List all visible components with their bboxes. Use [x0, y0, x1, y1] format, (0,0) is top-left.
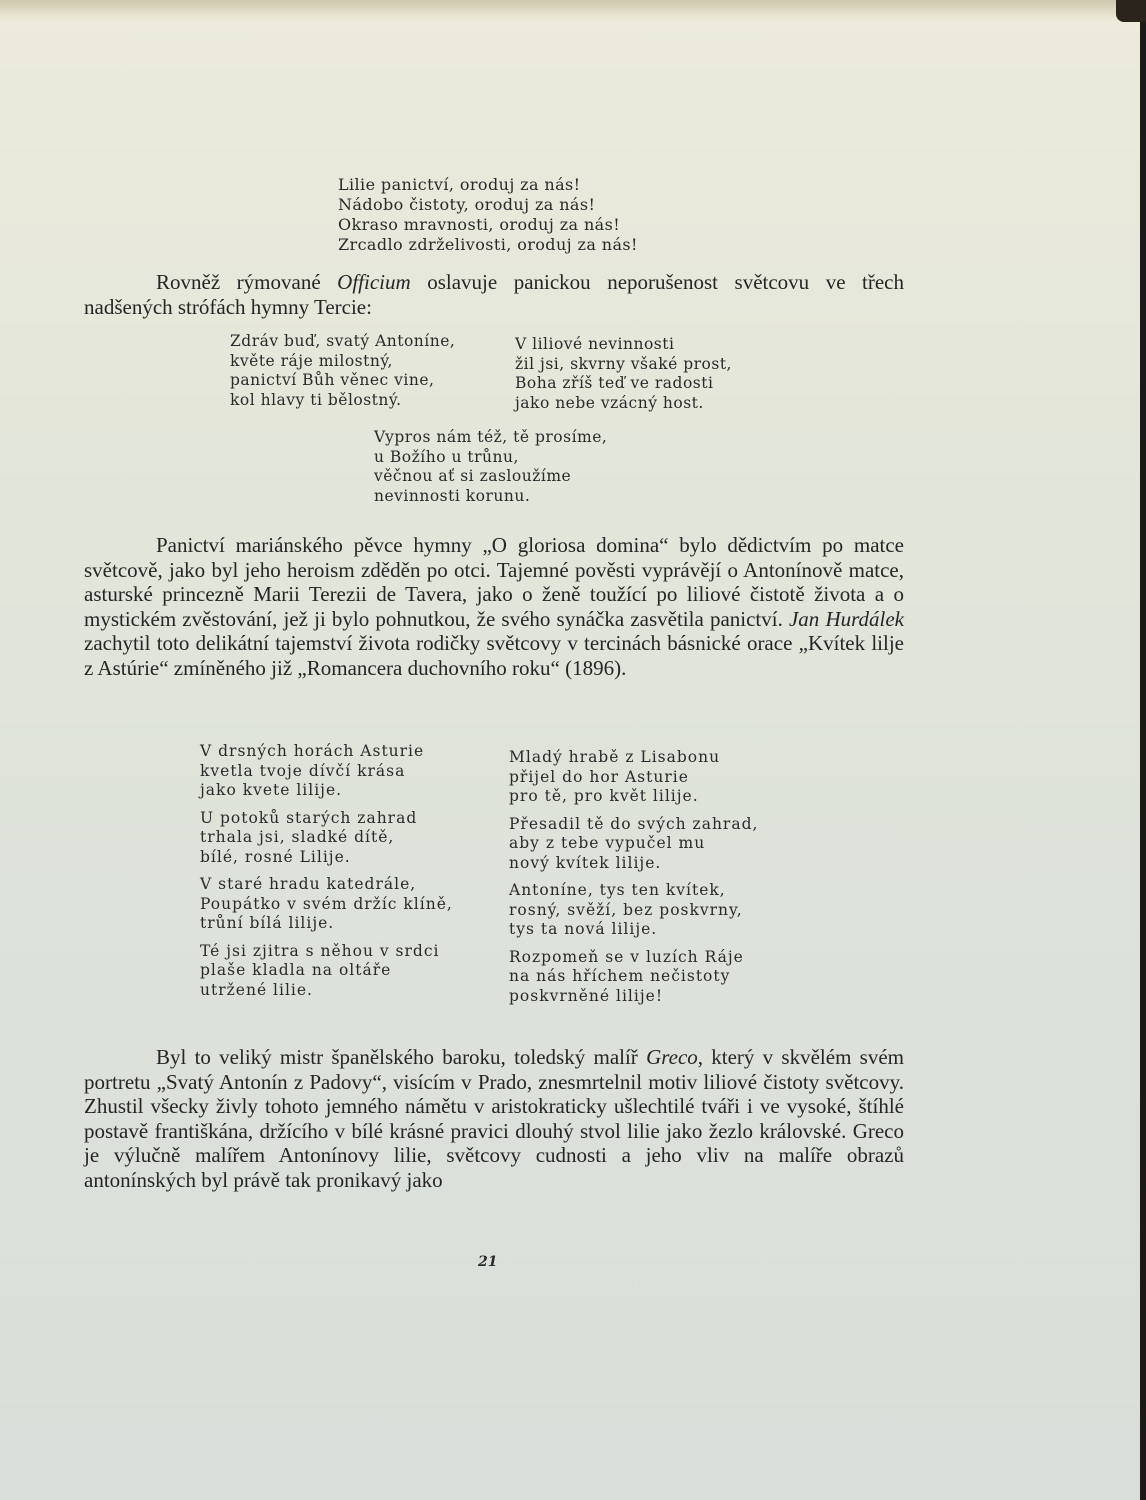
- hymn-stanza-center: Vypros nám též, tě prosíme, u Božího u t…: [374, 428, 607, 506]
- verse-line: Zdráv buď, svatý Antoníne,: [230, 332, 455, 352]
- litany-line: Lilie panictví, oroduj za nás!: [338, 175, 638, 195]
- verse-line: plaše kladla na oltáře: [200, 961, 453, 981]
- poem-tercet: Mladý hrabě z Lisabonupřijel do hor Astu…: [509, 748, 758, 807]
- verse-line: Poupátko v svém držíc klíně,: [200, 895, 453, 915]
- verse-line: nevinnosti korunu.: [374, 487, 607, 507]
- litany: Lilie panictví, oroduj za nás! Nádobo či…: [338, 175, 638, 255]
- verse-line: Boha zříš teď ve radosti: [515, 374, 732, 394]
- verse-line: bílé, rosné Lilije.: [200, 848, 453, 868]
- verse-line: věčnou ať si zasloužíme: [374, 467, 607, 487]
- verse-line: Antoníne, tys ten kvítek,: [509, 881, 758, 901]
- verse-line: jako kvete lilije.: [200, 781, 453, 801]
- paragraph-greco: Byl to veliký mistr španělského baroku, …: [84, 1045, 904, 1192]
- verse-line: Mladý hrabě z Lisabonu: [509, 748, 758, 768]
- hymn-stanza-right: V liliové nevinnosti žil jsi, skvrny vša…: [515, 335, 732, 413]
- verse-line: nový kvítek lilije.: [509, 854, 758, 874]
- verse-line: kvetla tvoje dívčí krása: [200, 762, 453, 782]
- italic-painter: Greco: [646, 1045, 698, 1069]
- litany-line: Nádobo čistoty, oroduj za nás!: [338, 195, 638, 215]
- italic-author: Jan Hurdálek: [789, 607, 904, 631]
- verse-line: V staré hradu katedrále,: [200, 875, 453, 895]
- verse-line: trůní bílá lilije.: [200, 914, 453, 934]
- litany-line: Okraso mravnosti, oroduj za nás!: [338, 215, 638, 235]
- poem-column-right: Mladý hrabě z Lisabonupřijel do hor Astu…: [509, 748, 758, 1014]
- poem-tercet: Rozpomeň se v luzích Rájena nás hříchem …: [509, 948, 758, 1007]
- litany-line: Zrcadlo zdrželivosti, oroduj za nás!: [338, 235, 638, 255]
- verse-line: Vypros nám též, tě prosíme,: [374, 428, 607, 448]
- verse-line: u Božího u trůnu,: [374, 448, 607, 468]
- verse-line: panictví Bůh věnec vine,: [230, 371, 455, 391]
- poem-tercet: V staré hradu katedrále,Poupátko v svém …: [200, 875, 453, 934]
- paragraph-gloriosa: Panictví mariánského pěvce hymny „O glor…: [84, 533, 904, 680]
- verse-line: poskvrněné lilije!: [509, 987, 758, 1007]
- verse-line: žil jsi, skvrny všaké prost,: [515, 355, 732, 375]
- poem-tercet: V drsných horách Asturiekvetla tvoje dív…: [200, 742, 453, 801]
- verse-line: utržené lilie.: [200, 981, 453, 1001]
- verse-line: jako nebe vzácný host.: [515, 394, 732, 414]
- poem-column-left: V drsných horách Asturiekvetla tvoje dív…: [200, 742, 453, 1008]
- verse-line: U potoků starých zahrad: [200, 809, 453, 829]
- verse-line: Té jsi zjitra s něhou v srdci: [200, 942, 453, 962]
- verse-line: pro tě, pro květ lilije.: [509, 787, 758, 807]
- poem-tercet: U potoků starých zahradtrhala jsi, sladk…: [200, 809, 453, 868]
- verse-line: Rozpomeň se v luzích Ráje: [509, 948, 758, 968]
- verse-line: rosný, svěží, bez poskvrny,: [509, 901, 758, 921]
- verse-line: přijel do hor Asturie: [509, 768, 758, 788]
- hymn-stanza-left: Zdráv buď, svatý Antoníne, květe ráje mi…: [230, 332, 455, 410]
- verse-line: na nás hříchem nečistoty: [509, 967, 758, 987]
- verse-line: V liliové nevinnosti: [515, 335, 732, 355]
- poem-tercet: Přesadil tě do svých zahrad,aby z tebe v…: [509, 815, 758, 874]
- verse-line: trhala jsi, sladké dítě,: [200, 828, 453, 848]
- verse-line: V drsných horách Asturie: [200, 742, 453, 762]
- verse-line: aby z tebe vypučel mu: [509, 834, 758, 854]
- italic-term: Officium: [337, 270, 411, 294]
- verse-line: tys ta nová lilije.: [509, 920, 758, 940]
- page-number: 21: [478, 1254, 497, 1270]
- verse-line: Přesadil tě do svých zahrad,: [509, 815, 758, 835]
- paragraph-officium: Rovněž rýmované Officium oslavuje panick…: [84, 270, 904, 319]
- poem-tercet: Antoníne, tys ten kvítek,rosný, svěží, b…: [509, 881, 758, 940]
- verse-line: kol hlavy ti bělostný.: [230, 391, 455, 411]
- book-page: Lilie panictví, oroduj za nás! Nádobo či…: [0, 0, 1146, 1500]
- verse-line: květe ráje milostný,: [230, 352, 455, 372]
- poem-tercet: Té jsi zjitra s něhou v srdciplaše kladl…: [200, 942, 453, 1001]
